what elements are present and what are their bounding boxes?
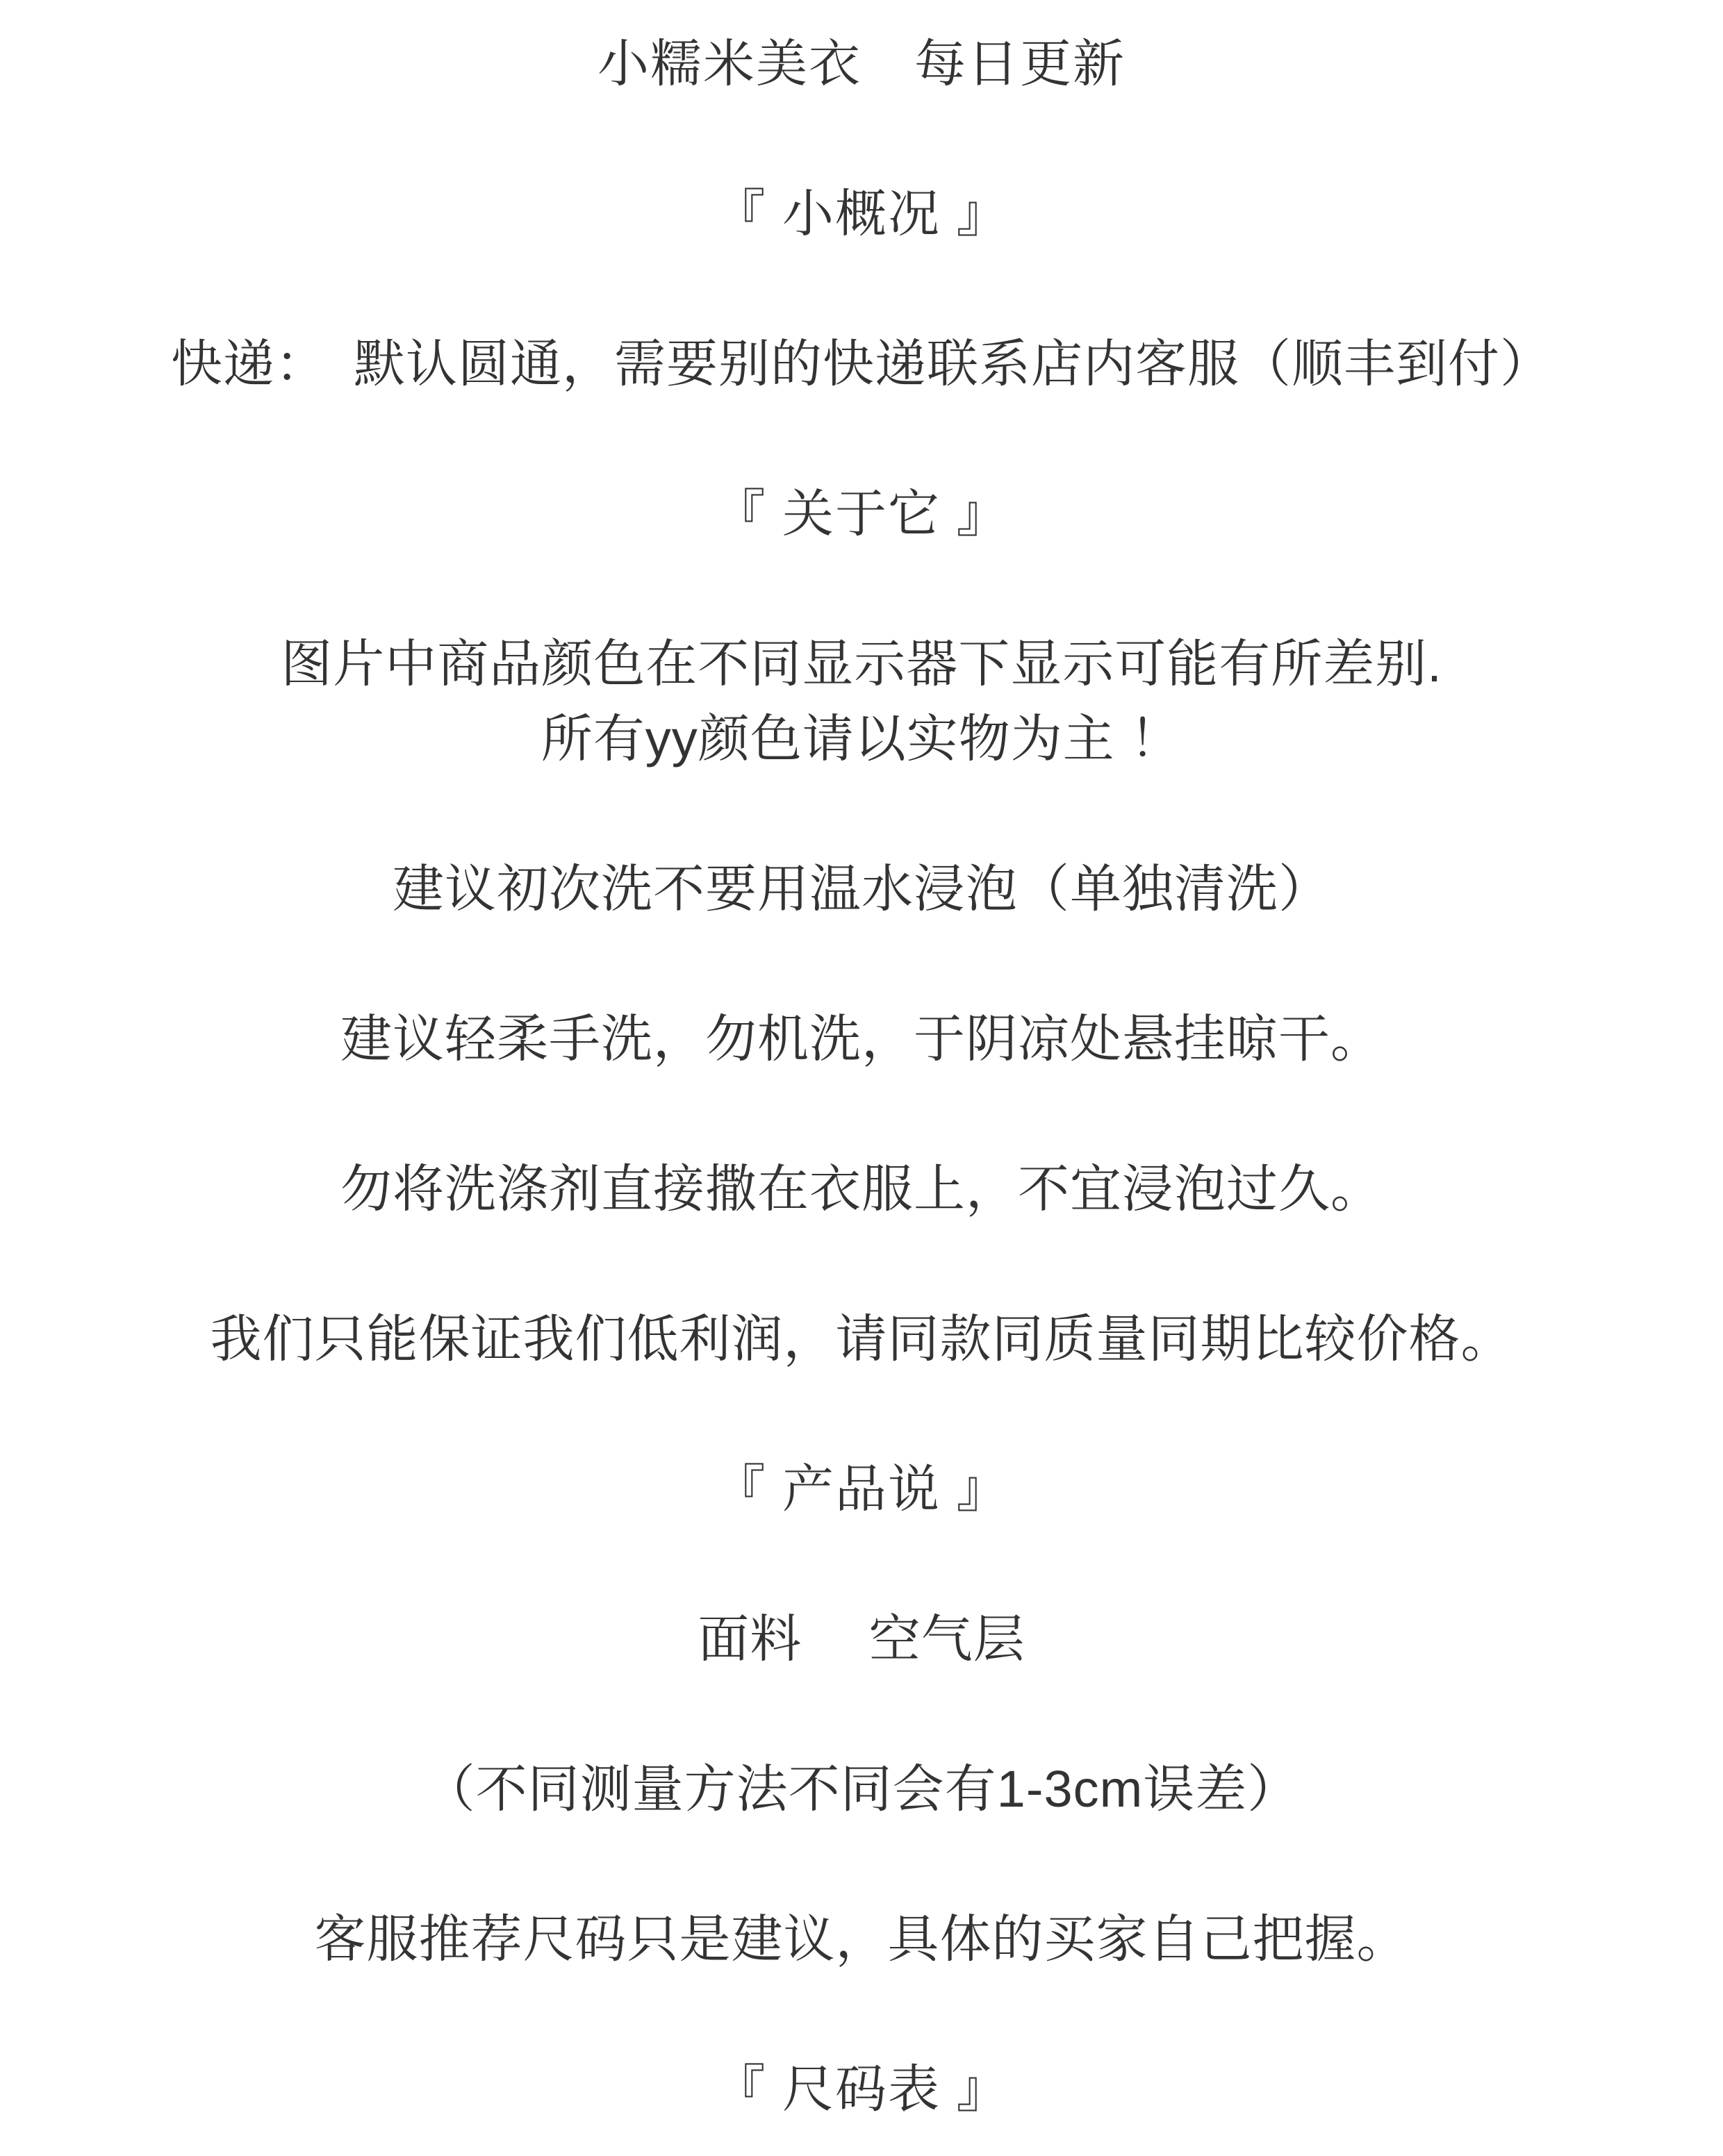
blank-line [0, 1977, 1723, 2052]
blank-line [0, 777, 1723, 852]
text-line-section-header: 『 小概况 』 [0, 176, 1723, 251]
text-line-section-header: 『 关于它 』 [0, 476, 1723, 552]
text-line-body: 我们只能保证我们低利润，请同款同质量同期比较价格。 [0, 1302, 1723, 1377]
blank-line [0, 401, 1723, 476]
blank-line [0, 1527, 1723, 1602]
blank-line [0, 927, 1723, 1002]
blank-line [0, 1377, 1723, 1452]
blank-line [0, 251, 1723, 326]
text-line-body: 建议轻柔手洗，勿机洗，于阴凉处悬挂晾干。 [0, 1002, 1723, 1077]
text-line-body: 所有yy颜色请以实物为主 ！ [0, 702, 1723, 777]
text-line-body: 图片中商品颜色在不同显示器下显示可能有所差别. [0, 627, 1723, 702]
text-line-body: 客服推荐尺码只是建议，具体的买家自己把握。 [0, 1902, 1723, 1977]
text-line-section-header: 『 尺码表 』 [0, 2052, 1723, 2127]
blank-line [0, 101, 1723, 176]
blank-line [0, 1827, 1723, 1902]
text-line-body: 勿将洗涤剂直接撒在衣服上，不宜浸泡过久。 [0, 1152, 1723, 1227]
product-description-document: 小糯米美衣 每日更新『 小概况 』快递： 默认圆通，需要别的快递联系店内客服（顺… [0, 0, 1723, 2127]
blank-line [0, 552, 1723, 627]
text-line-body: 面料 空气层 [0, 1602, 1723, 1677]
text-line-section-header: 『 产品说 』 [0, 1452, 1723, 1527]
blank-line [0, 1677, 1723, 1752]
text-line-body: 建议初次洗不要用温水浸泡（单独清洗） [0, 852, 1723, 927]
blank-line [0, 1227, 1723, 1302]
text-line-title: 小糯米美衣 每日更新 [0, 26, 1723, 101]
blank-line [0, 1077, 1723, 1152]
text-line-body: （不同测量方法不同会有1-3cm误差） [0, 1752, 1723, 1827]
text-line-body: 快递： 默认圆通，需要别的快递联系店内客服（顺丰到付） [0, 326, 1723, 401]
